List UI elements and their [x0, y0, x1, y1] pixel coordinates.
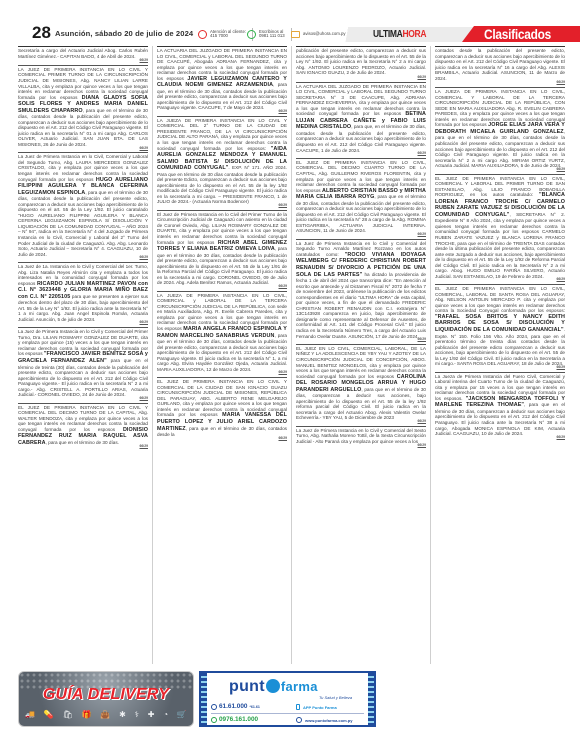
whatsapp-icon — [247, 30, 256, 39]
legal-notice: LA JUEZA DE PRIMERA INSTANCIA EN LO CIVI… — [157, 291, 287, 377]
pill-icon: 💊 — [44, 710, 54, 719]
notice-closing: , para que en el término de 30 días. — [46, 440, 119, 445]
shopping-bag-icon: 👜 — [100, 710, 110, 719]
notice-closing: ha dictado la providencia de fecha 1 de … — [296, 272, 426, 339]
header-date: Asunción, sábado 20 de julio de 2024 — [55, 29, 193, 38]
legal-notice: publicación del presente edicto, compare… — [296, 46, 426, 82]
legal-notice: EL JUEZ DE PRIMERA INSTANCIA EN LO CIVIL… — [435, 174, 565, 285]
notice-closing: para que en el término de treinta (30) d… — [18, 358, 148, 397]
notice-code: 66/29 — [157, 437, 287, 441]
notice-closing: . EXP. N° 171. AÑO 2024. Para que en tér… — [157, 165, 287, 204]
contact-whatsapp: Escribinos al0981 111 013 — [247, 27, 292, 41]
contact-value: 0981 111 013 — [259, 33, 285, 38]
notice-body: EL JUEZ DE PRIMERA INSTANCIA EN LO CIVIL… — [435, 286, 565, 313]
notice-code: 66/29 — [18, 147, 148, 151]
legal-notice: EL JUEZ EN LO CIVIL, COMERCIAL, LABORAL,… — [296, 344, 426, 426]
notice-parties: "RAFAEL SOSA BRITOS Y NANCY EDITH BARRIO… — [435, 314, 565, 333]
column-divider — [430, 46, 431, 664]
notice-code: 66/29 — [296, 444, 426, 448]
guia-delivery-ad[interactable]: GUÍA DELIVERY 🚚💊🛍🎁👜✱⚕✚◔🛒 — [18, 671, 194, 727]
page-header: 28 Asunción, sábado 20 de julio de 2024 … — [0, 0, 580, 42]
contact-phone: Atención al cliente:415 7000 — [198, 27, 253, 41]
notice-closing: . Expte. N° 150. Folio 156 Vlto. Año 202… — [435, 327, 565, 366]
column-1: Secretaría a cargo del Actuario Judicial… — [18, 46, 148, 664]
mobile-icon — [296, 704, 300, 710]
punto-farma-ad[interactable]: puntfarma Tu Salud y Belleza 61.61.000*6… — [199, 671, 376, 727]
notice-code: 66/29 — [296, 233, 426, 237]
column-2: LA ACTUARIA DEL JUZGADO DE PRIMERA INSTA… — [157, 46, 287, 664]
notice-code: 66/29 — [18, 397, 148, 401]
notice-closing: , para que en el término de 30 días, con… — [435, 129, 565, 168]
ad-border — [201, 673, 207, 725]
legal-notice: EL JUEZ DE PRIMERA INSTANCIA EN LO CIVIL… — [435, 284, 565, 371]
web-line[interactable]: www.puntofarma.com.py — [296, 717, 352, 723]
notice-code: 66/29 — [435, 366, 565, 370]
section-banner: Clasificados — [462, 26, 580, 42]
bag-icon: 🛍 — [63, 710, 73, 719]
notice-closing: , para que en el término de 30 días, con… — [157, 333, 287, 372]
notice-code: 66/29 — [157, 204, 287, 208]
legal-notice: contados desde la publicación del presen… — [435, 46, 565, 87]
notice-body: contados desde la publicación del presen… — [435, 48, 565, 81]
punto-farma-logo: puntfarma — [229, 678, 318, 696]
medical-star-icon: ✱ — [119, 710, 126, 719]
clock-icon: ◔ — [163, 710, 168, 719]
notice-code: 66/29 — [18, 445, 148, 449]
legal-notice: EL JUEZ DE PRIMERA INSTANCIA EN LO CIVIL… — [157, 377, 287, 442]
truck-icon: 🚚 — [25, 710, 35, 719]
legal-notice: LA JUEZ DE PRIMERA INSTANCIA EN LO CIVIL… — [18, 65, 148, 152]
legal-notice: LA JUEZA DE PRIMERA INSTANCIA EN LO CIVI… — [435, 87, 565, 173]
notice-code: 66/29 — [435, 81, 565, 85]
legal-notice: EL JUEZ DE PRIMERA INSTANCIA EN LO CIVIL… — [296, 158, 426, 239]
legal-notice: La Juez de Primera Instancia en lo Civil… — [296, 426, 426, 450]
legal-notice: La Juez de Primera Instancia en lo Civil… — [18, 152, 148, 262]
ad-border — [368, 673, 374, 725]
page-number: 28 — [32, 23, 51, 43]
phone-icon — [198, 30, 207, 39]
whatsapp-icon — [211, 717, 217, 723]
notice-code: 66/29 — [18, 321, 148, 325]
column-divider — [152, 46, 153, 664]
first-aid-icon: ✚ — [148, 710, 155, 719]
notice-body: LA JUEZA DE PRIMERA INSTANCIA EN LO CIVI… — [157, 118, 287, 151]
legal-notice: La Juez de 1a. Instancia en lo Civil y C… — [18, 262, 148, 327]
legal-notice: El Juez de Primera Instancia en lo Civil… — [157, 210, 287, 291]
notice-code: 66/29 — [296, 76, 426, 80]
whatsapp-line: 0976.161.000 — [211, 716, 258, 723]
ad-icon-row: 🚚💊🛍🎁👜✱⚕✚◔🛒 — [25, 710, 187, 719]
gift-icon: 🎁 — [82, 710, 92, 719]
legal-notice: LA ACTUARIA DEL JUZGADO DE PRIMERA INSTA… — [157, 46, 287, 116]
phone-icon — [211, 704, 217, 710]
ads-row: GUÍA DELIVERY 🚚💊🛍🎁👜✱⚕✚◔🛒 puntfarma Tu Sa… — [18, 671, 566, 727]
contact-value: 415 7000 — [210, 33, 228, 38]
notice-code: 66/29 — [296, 420, 426, 424]
column-divider — [291, 46, 292, 664]
mail-icon — [291, 31, 300, 38]
column-4: contados desde la publicación del presen… — [435, 46, 565, 664]
app-line: APP Punto Farma — [296, 704, 337, 710]
notice-closing: , para que en el término de 30 días, con… — [18, 190, 148, 257]
notice-closing: , para que en el término de 30 días, con… — [157, 246, 287, 285]
cart-icon: 🛒 — [177, 710, 187, 719]
legal-notice: EL JUEZ DE PRIMERA INSTANCIA EN LO CIVIL… — [18, 403, 148, 452]
notice-body: Secretaría a cargo del Actuario Judicial… — [18, 48, 148, 59]
notice-body: publicación del presente edicto, compare… — [296, 48, 426, 75]
notice-code: 66/29 — [157, 285, 287, 289]
notice-code: 66/29 — [435, 436, 565, 440]
globe-icon — [266, 679, 280, 693]
notice-code: 66/29 — [157, 110, 287, 114]
divider — [211, 713, 364, 714]
notice-closing: , para que en el término de 30 días, con… — [18, 108, 148, 147]
legal-notice: Secretaría a cargo del Actuario Judicial… — [18, 46, 148, 65]
ultimahora-logo: ULTIMAHORA — [373, 29, 426, 40]
globe-icon — [296, 717, 302, 723]
classifieds-columns: Secretaría a cargo del Actuario Judicial… — [18, 46, 566, 664]
notice-code: 66/29 — [435, 168, 565, 172]
phone-line: 61.61.000*61.61 — [211, 703, 260, 710]
notice-closing: , SECRETARIA N° 2. Expediente N° 8 Año 2… — [435, 212, 565, 279]
legal-notice: La Juez de Primera Instancia en lo Civil… — [18, 327, 148, 402]
notice-closing: , para que en el término de 30 días, con… — [296, 194, 426, 233]
notice-body: La Juez de Primera Instancia en lo Civil… — [296, 428, 426, 444]
section-title: Clasificados — [484, 26, 551, 42]
ad-title: GUÍA DELIVERY — [19, 686, 193, 704]
legal-notice: LA ACTUARIA DEL JUZGADO DE PRIMERA INSTA… — [296, 82, 426, 158]
legal-notice: La Jueza de Primera Instancia del Fuero … — [435, 372, 565, 442]
slogan: Tu Salud y Belleza — [319, 695, 352, 700]
stethoscope-icon: ⚕ — [135, 710, 139, 719]
legal-notice: LA JUEZA DE PRIMERA INSTANCIA EN LO CIVI… — [157, 116, 287, 210]
column-3: publicación del presente edicto, compare… — [296, 46, 426, 664]
legal-notice: La Juez de Primera Instancia en lo Civil… — [296, 239, 426, 344]
notice-code: 66/29 — [18, 59, 148, 63]
